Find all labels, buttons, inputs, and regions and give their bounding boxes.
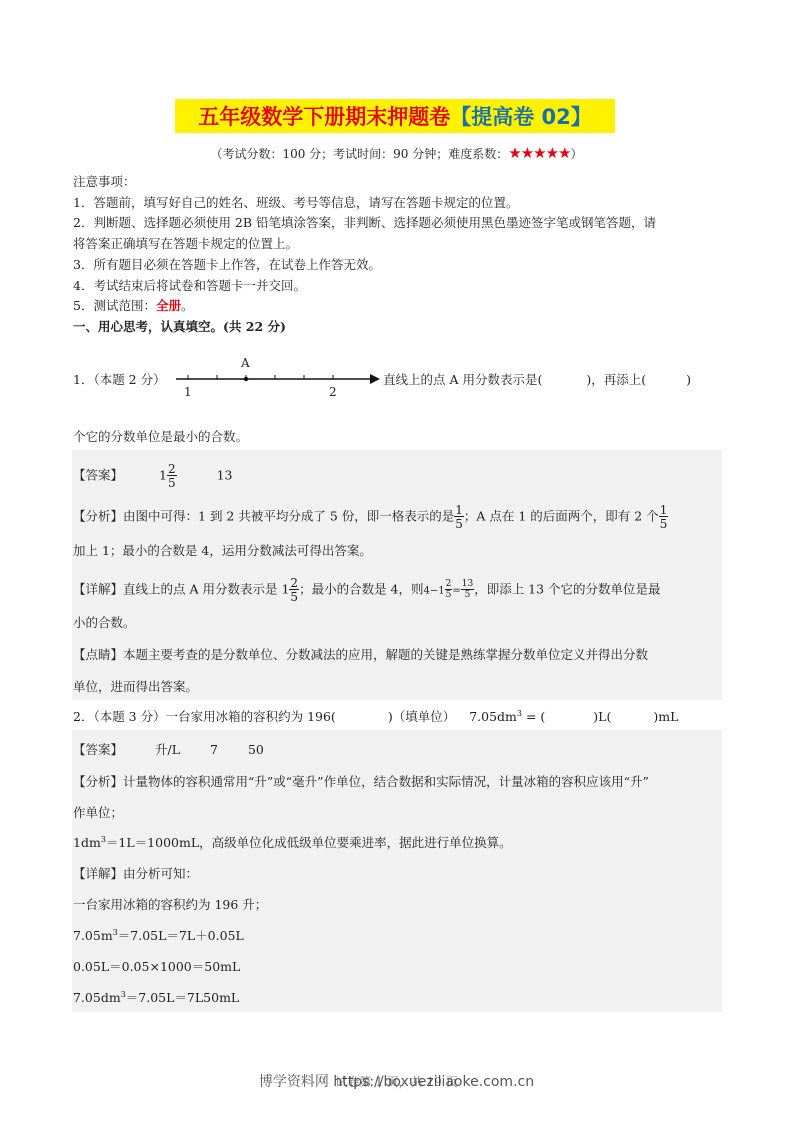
q2-mid: )（填单位） <box>388 709 455 724</box>
answer-label: 【答案】 <box>73 742 123 757</box>
fraction-one-fifth: 15 <box>659 504 669 530</box>
q1-detail: 【详解】直线上的点 A 用分数表示是 125；最小的合数是 4，则4−125=1… <box>73 577 661 603</box>
step4-a: 7.05dm <box>73 990 121 1005</box>
q2-rule: 1dm3＝1L＝1000mL，高级单位化成低级单位要乘进率，据此进行单位换算。 <box>73 833 512 851</box>
meta-suffix: ） <box>571 147 583 161</box>
note-item: 3．所有题目必须在答题卡上作答，在试卷上作答无效。 <box>73 255 381 273</box>
q1-analysis-line2: 加上 1；最小的合数是 4，运用分数减法可得出答案。 <box>73 541 372 559</box>
fraction-thirteen-fifths: 135 <box>461 580 474 600</box>
answer-whole: 1 <box>159 468 167 483</box>
step2-a: 7.05m <box>73 928 113 943</box>
scope-label: 5．测试范围： <box>73 298 156 313</box>
answer-fraction: 25 <box>167 463 177 489</box>
rule-a: 1dm <box>73 835 101 850</box>
scope-value: 全册 <box>156 298 181 313</box>
equation-left: 4−1 <box>424 586 445 597</box>
q2-step: 0.05L＝0.05×1000＝50mL <box>73 957 240 975</box>
q2-expr: 7.05dm <box>469 709 517 724</box>
tick-label-2: 2 <box>329 385 337 399</box>
q2-analysis-line2: 作单位； <box>73 803 123 821</box>
step2-b: ＝7.05L＝7L＋0.05L <box>118 928 244 943</box>
detail-text: 由分析可知： <box>123 866 198 881</box>
detail-text: 直线上的点 A 用分数表示是 1 <box>123 582 289 597</box>
document-title: 五年级数学下册期末押题卷【提高卷 02】 <box>175 99 615 133</box>
title-sub: 【提高卷 02】 <box>450 101 592 131</box>
q1-text-a: 直线上的点 A 用分数表示是( <box>383 372 542 387</box>
answer-2: 7 <box>210 742 218 757</box>
q2-expr-d: )mL <box>653 709 678 724</box>
tip-text: 本题主要考查的是分数单位、分数减法的应用，解题的关键是熟练掌握分数单位定义并得出… <box>123 647 648 662</box>
title-main: 五年级数学下册期末押题卷 <box>198 101 450 131</box>
detail-text-c: ，即添上 13 个它的分数单位是最 <box>474 582 660 597</box>
scope-end: 。 <box>181 298 194 313</box>
meta-text: （考试分数：100 分；考试时间：90 分钟；难度系数： <box>210 147 508 161</box>
exam-meta: （考试分数：100 分；考试时间：90 分钟；难度系数：★★★★★） <box>0 144 793 162</box>
page-footer: 博学资料网 https://boxueziliaoke.com.cn 试卷第 1… <box>0 1071 793 1091</box>
analysis-label: 【分析】 <box>73 774 123 789</box>
answer-label: 【答案】 <box>73 468 123 483</box>
section-heading: 一、用心思考，认真填空。(共 22 分) <box>73 317 286 335</box>
q2-step: 一台家用冰箱的容积约为 196 升； <box>73 895 267 913</box>
q2-expr-b: = ( <box>522 709 545 724</box>
point-a-label: A <box>241 356 250 370</box>
analysis-text: 计量物体的容积通常用“升”或“毫升”作单位，结合数据和实际情况，计量冰箱的容积应… <box>123 774 649 789</box>
q2-step: 7.05m3＝7.05L＝7L＋0.05L <box>73 926 244 944</box>
analysis-label: 【分析】 <box>73 509 123 524</box>
answer-3: 50 <box>248 742 264 757</box>
q1-prefix: 1．（本题 2 分） <box>73 370 166 388</box>
note-item: 将答案正确填写在答题卡规定的位置上。 <box>73 234 298 252</box>
page-number: 试卷第 1 页，共 19 页 <box>0 1073 793 1090</box>
fraction-two-fifths: 25 <box>289 577 299 603</box>
q1-analysis: 【分析】由图中可得：1 到 2 共被平均分成了 5 份，即一格表示的是15；A … <box>73 504 668 530</box>
analysis-text: 由图中可得：1 到 2 共被平均分成了 5 份，即一格表示的是 <box>123 509 454 524</box>
q2-prefix: 2．（本题 3 分）一台家用冰箱的容积约为 196( <box>73 709 336 724</box>
q1-detail-line2: 小的合数。 <box>73 613 136 631</box>
note-scope: 5．测试范围：全册。 <box>73 296 194 314</box>
difficulty-stars-icon: ★★★★★ <box>508 144 570 162</box>
q1-text-b: )，再添上( <box>586 372 646 387</box>
note-item: 2．判断题、选择题必须使用 2B 铅笔填涂答案，非判断、选择题必须使用黑色墨迹签… <box>73 213 656 231</box>
detail-label: 【详解】 <box>73 866 123 881</box>
q1-tip-line2: 单位，进而得出答案。 <box>73 677 198 695</box>
detail-label: 【详解】 <box>73 582 123 597</box>
answer-1: 升/L <box>155 742 180 757</box>
q1-tip: 【点睛】本题主要考查的是分数单位、分数减法的应用，解题的关键是熟练掌握分数单位定… <box>73 645 648 663</box>
step4-b: ＝7.05L＝7L50mL <box>126 990 239 1005</box>
q1-answer: 【答案】12513 <box>73 463 233 489</box>
q1-stem-line2: 个它的分数单位是最小的合数。 <box>73 427 248 445</box>
q2-detail: 【详解】由分析可知： <box>73 864 198 882</box>
rule-b: ＝1L＝1000mL，高级单位化成低级单位要乘进率，据此进行单位换算。 <box>106 835 512 850</box>
notes-heading: 注意事项： <box>73 172 136 190</box>
tick-label-1: 1 <box>184 385 192 399</box>
q2-step: 7.05dm3＝7.05L＝7L50mL <box>73 988 239 1006</box>
number-line-diagram <box>174 356 380 402</box>
q2-expr-c: )L( <box>593 709 611 724</box>
q2-analysis: 【分析】计量物体的容积通常用“升”或“毫升”作单位，结合数据和实际情况，计量冰箱… <box>73 772 649 790</box>
analysis-text-b: ；A 点在 1 的后面两个，即有 2 个 <box>464 509 659 524</box>
detail-text-b: ；最小的合数是 4，则 <box>299 582 423 597</box>
answer-second: 13 <box>217 468 233 483</box>
tip-label: 【点睛】 <box>73 647 123 662</box>
note-item: 1．答题前，填写好自己的姓名、班级、考号等信息，请写在答题卡规定的位置。 <box>73 193 518 211</box>
equals: = <box>452 586 460 597</box>
note-item: 4．考试结束后将试卷和答题卡一并交回。 <box>73 276 306 294</box>
q2-answer: 【答案】升/L750 <box>73 740 264 758</box>
q2-stem: 2．（本题 3 分）一台家用冰箱的容积约为 196()（填单位）7.05dm3 … <box>73 707 678 725</box>
fraction-one-fifth: 15 <box>454 504 464 530</box>
q1-stem: 直线上的点 A 用分数表示是()，再添上() <box>383 370 691 388</box>
q1-text-c: ) <box>686 372 691 387</box>
